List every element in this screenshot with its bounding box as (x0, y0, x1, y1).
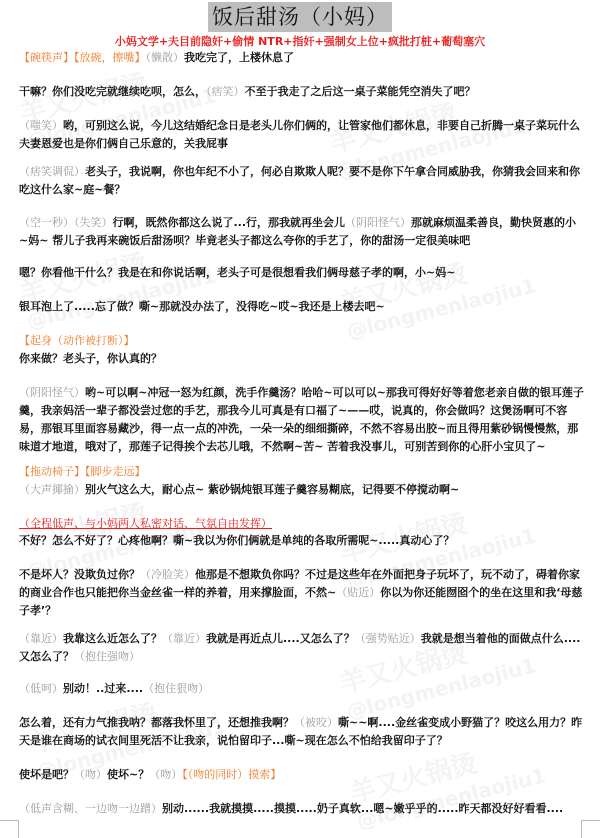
stage-direction: （大声揶揄） (19, 483, 85, 496)
dialogue: 使坏是吧？ (19, 768, 74, 781)
paragraph: 使坏是吧？（吻）使坏~？（吻）【（吻的同时）摸索】 (19, 766, 585, 784)
stage-direction: （被咬） (294, 716, 338, 729)
dialogue: 我就是再近点儿....又怎么了？ (206, 632, 355, 645)
dialogue: 别动......我就摸摸.....摸摸.....奶子真软...嗯~嫩乎乎的...… (162, 802, 563, 815)
stage-direction: （嗤笑） (19, 119, 63, 132)
paragraph: （阴阳怪气）哟~可以啊~冲冠一怒为红颜，洗手作羹汤？哈哈~可以可以~那我可得好好… (19, 384, 585, 456)
stage-direction: （冷脸笑） (140, 568, 195, 581)
paragraph: 银耳泡上了.....忘了做？嘶~那就没办法了，没得吃~哎~我还是上楼去吧~ (19, 298, 585, 316)
stage-direction: （靠近） (162, 632, 206, 645)
dialogue: 别动！..过来.... (63, 682, 143, 695)
watermark: 羊又火锅烫@longmenlaojiu1 (335, 237, 538, 343)
sound-effect: 【（吻的同时）摸索】 (182, 768, 281, 781)
paragraph: （靠近）我靠这么近怎么了？（靠近）我就是再近点儿....又怎么了？（强势贴近）我… (19, 630, 585, 666)
document-page: 羊又火锅烫@longmenlaojiu1 羊又火锅烫@longmenlaojiu… (0, 0, 600, 838)
stage-direction: （痞笑调侃） (19, 165, 85, 178)
paragraph: 不好？怎么不好了？心疼他啊？嘶~我以为你们俩就是单纯的各取所需呢~.....真动… (19, 532, 585, 550)
sound-effect: 【起身（动作被打断）】 (19, 334, 135, 347)
stage-direction: （阴阳怪气） (345, 216, 411, 229)
paragraph: 你来做？老头子，你认真的？ (19, 350, 585, 368)
dialogue: 银耳泡上了.....忘了做？嘶~那就没办法了，没得吃~哎~我还是上楼去吧~ (19, 300, 385, 313)
paragraph: 【碗筷声】【放碗，擦嘴】（懒散）我吃完了，上楼休息了 (19, 49, 585, 67)
dialogue: 别火气这么大，耐心点~ 紫砂锅炖银耳莲子羹容易糊底，记得要不停搅动啊~ (85, 483, 459, 496)
stage-direction: （阴阳怪气） (19, 386, 85, 399)
dialogue: 不至于我走了之后这一桌子菜能凭空消失了吧？ (245, 85, 476, 98)
title-wrap: 饭后甜汤（小妈） (0, 2, 600, 32)
paragraph: （空一秒）（失笑）行啊，既然你都这么说了...行，那我就再坐会儿（阴阳怪气）那就… (19, 214, 585, 250)
content-tags: 小妈文学+夫目前隐奸+偷情 NTR+指奸+强制女上位+疯批打桩+葡萄塞穴 (0, 34, 600, 50)
stage-direction: （抱住强吻） (74, 650, 140, 663)
stage-direction: （空一秒）（失笑） (19, 216, 113, 229)
paragraph: （全程低声、与小妈两人私密对话、气氛自由发挥） (19, 515, 585, 533)
document-title: 饭后甜汤（小妈） (208, 2, 392, 32)
dialogue: 我靠这么近怎么了？ (63, 632, 162, 645)
stage-direction: （低呵） (19, 682, 63, 695)
paragraph: 嗯？你看他干什么？我是在和你说话啊，老头子可是很想看我们俩母慈子孝的啊，小~妈~ (19, 264, 585, 282)
paragraph: 干嘛？你们没吃完就继续吃呗，怎么，（痞笑）不至于我走了之后这一桌子菜能凭空消失了… (19, 83, 585, 101)
paragraph: 【起身（动作被打断）】 (19, 332, 585, 350)
dialogue: 怎么着，还有力气推我呐？都落我怀里了，还想推我啊？ (19, 716, 294, 729)
dialogue: 你来做？老头子，你认真的？ (19, 352, 162, 365)
stage-direction: （痞笑） (206, 85, 245, 98)
dialogue: 不好？怎么不好了？心疼他啊？嘶~我以为你们俩就是单纯的各取所需呢~.....真动… (19, 534, 454, 547)
sound-effect: 【拖动椅子】【脚步走远】 (19, 465, 146, 478)
stage-direction: （贴近） (336, 586, 380, 599)
stage-direction: （低声含糊、一边吻一边蹭） (19, 802, 162, 815)
paragraph: （痞笑调侃）老头子，我说啊，你也年纪不小了，何必自欺欺人呢？要不是你下午拿合同威… (19, 163, 585, 199)
sound-effect: 【碗筷声】【放碗，擦嘴】 (19, 51, 146, 64)
paragraph: 【拖动椅子】【脚步走远】 (19, 463, 585, 481)
stage-direction: （靠近） (19, 632, 63, 645)
performance-note: （全程低声、与小妈两人私密对话、气氛自由发挥） (19, 517, 272, 530)
paragraph: （大声揶揄）别火气这么大，耐心点~ 紫砂锅炖银耳莲子羹容易糊底，记得要不停搅动啊… (19, 481, 585, 499)
dialogue: 我吃完了，上楼休息了 (184, 51, 294, 64)
dialogue: 行啊，既然你都这么说了...行，那我就再坐会儿 (113, 216, 346, 229)
dialogue: 哟，可别这么说，今儿这结婚纪念日是老头儿你们俩的，让管家他们都休息，非要自己折腾… (19, 119, 580, 150)
paragraph: （低呵）别动！..过来....（抱住狠吻） (19, 680, 585, 698)
dialogue: 老头子，我说啊，你也年纪不小了，何必自欺欺人呢？要不是你下午拿合同威胁我，你猜我… (19, 165, 580, 196)
paragraph: （低声含糊、一边吻一边蹭）别动......我就摸摸.....摸摸.....奶子真… (19, 800, 585, 818)
dialogue: 使坏~？ (107, 768, 149, 781)
paragraph: 不是坏人？没欺负过你？（冷脸笑）他那是不想欺负你吗？不过是这些年在外面把身子玩坏… (19, 566, 585, 620)
dialogue: 嗯？你看他干什么？我是在和你说话啊，老头子可是很想看我们俩母慈子孝的啊，小~妈~ (19, 266, 455, 279)
stage-direction: （懒散） (146, 51, 185, 64)
stage-direction: （强势贴近） (355, 632, 421, 645)
dialogue: 干嘛？你们没吃完就继续吃呗，怎么， (19, 85, 206, 98)
dialogue: 不是坏人？没欺负过你？ (19, 568, 140, 581)
stage-direction: （吻） (74, 768, 107, 781)
paragraph: （嗤笑）哟，可别这么说，今儿这结婚纪念日是老头儿你们俩的，让管家他们都休息，非要… (19, 117, 585, 153)
stage-direction: （吻） (149, 768, 182, 781)
stage-direction: （抱住狠吻） (143, 682, 209, 695)
page-corner-marker (581, 820, 600, 838)
dialogue: 哟~可以啊~冲冠一怒为红颜，洗手作羹汤？哈哈~可以可以~那我可得好好等着您老亲自… (19, 386, 584, 453)
paragraph: 怎么着，还有力气推我呐？都落我怀里了，还想推我啊？（被咬）嘶~~啊....金丝雀… (19, 714, 585, 750)
page-corner-marker (0, 820, 19, 838)
